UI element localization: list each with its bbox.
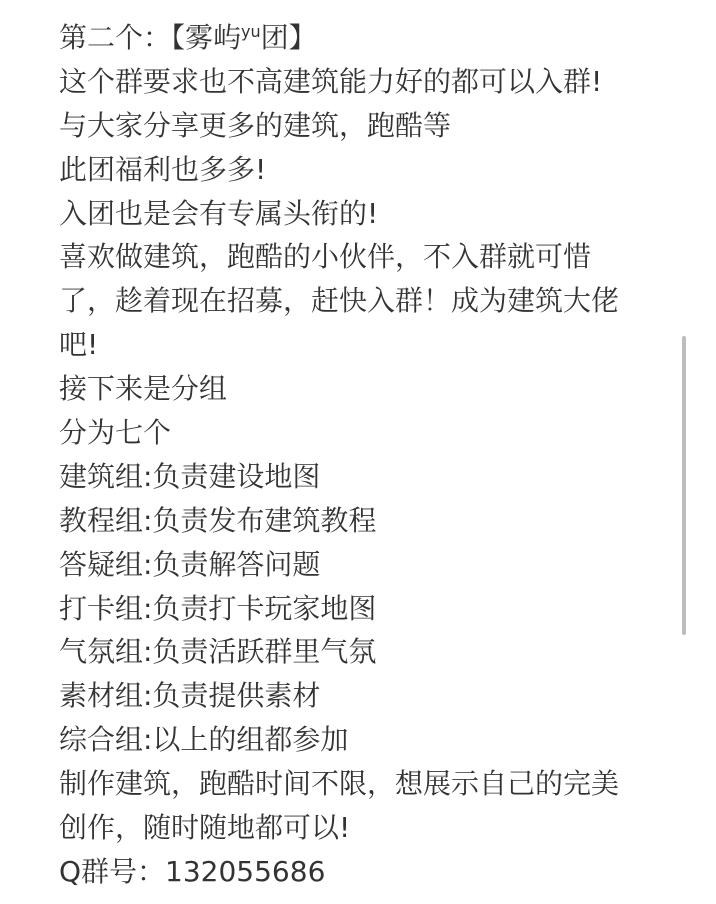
- title-prefix: 第二个：【雾屿: [59, 21, 241, 54]
- qq-group-label: Q群号：: [59, 855, 165, 888]
- text-line: 这个群要求也不高建筑能力好的都可以入群!: [59, 60, 679, 104]
- text-line: 接下来是分组: [59, 367, 679, 411]
- group-item: 素材组:负责提供素材: [59, 674, 679, 718]
- title-line: 第二个：【雾屿yu团】: [59, 16, 679, 60]
- closing-line: 制作建筑，跑酷时间不限，想展示自己的完美: [59, 762, 679, 806]
- vertical-scrollbar[interactable]: [682, 336, 686, 635]
- group-item: 综合组:以上的组都参加: [59, 718, 679, 762]
- text-line: 与大家分享更多的建筑，跑酷等: [59, 104, 679, 148]
- text-line: 分为七个: [59, 411, 679, 455]
- title-superscript: yu: [241, 22, 261, 41]
- text-line: 入团也是会有专属头衔的!: [59, 192, 679, 236]
- group-item: 建筑组:负责建设地图: [59, 455, 679, 499]
- group-item: 答疑组:负责解答问题: [59, 543, 679, 587]
- group-item: 气氛组:负责活跃群里气氛: [59, 630, 679, 674]
- text-line: 此团福利也多多!: [59, 148, 679, 192]
- qq-group-line: Q群号：132055686: [59, 850, 679, 894]
- text-line: 喜欢做建筑，跑酷的小伙伴，不入群就可惜: [59, 235, 679, 279]
- text-line: 吧!: [59, 323, 679, 367]
- document-body: 第二个：【雾屿yu团】 这个群要求也不高建筑能力好的都可以入群! 与大家分享更多…: [59, 16, 679, 894]
- group-item: 教程组:负责发布建筑教程: [59, 499, 679, 543]
- closing-line: 创作，随时随地都可以!: [59, 806, 679, 850]
- group-item: 打卡组:负责打卡玩家地图: [59, 587, 679, 631]
- qq-group-number[interactable]: 132055686: [165, 855, 325, 888]
- text-line: 了，趁着现在招募，赶快入群！成为建筑大佬: [59, 279, 679, 323]
- title-suffix: 团】: [261, 21, 317, 54]
